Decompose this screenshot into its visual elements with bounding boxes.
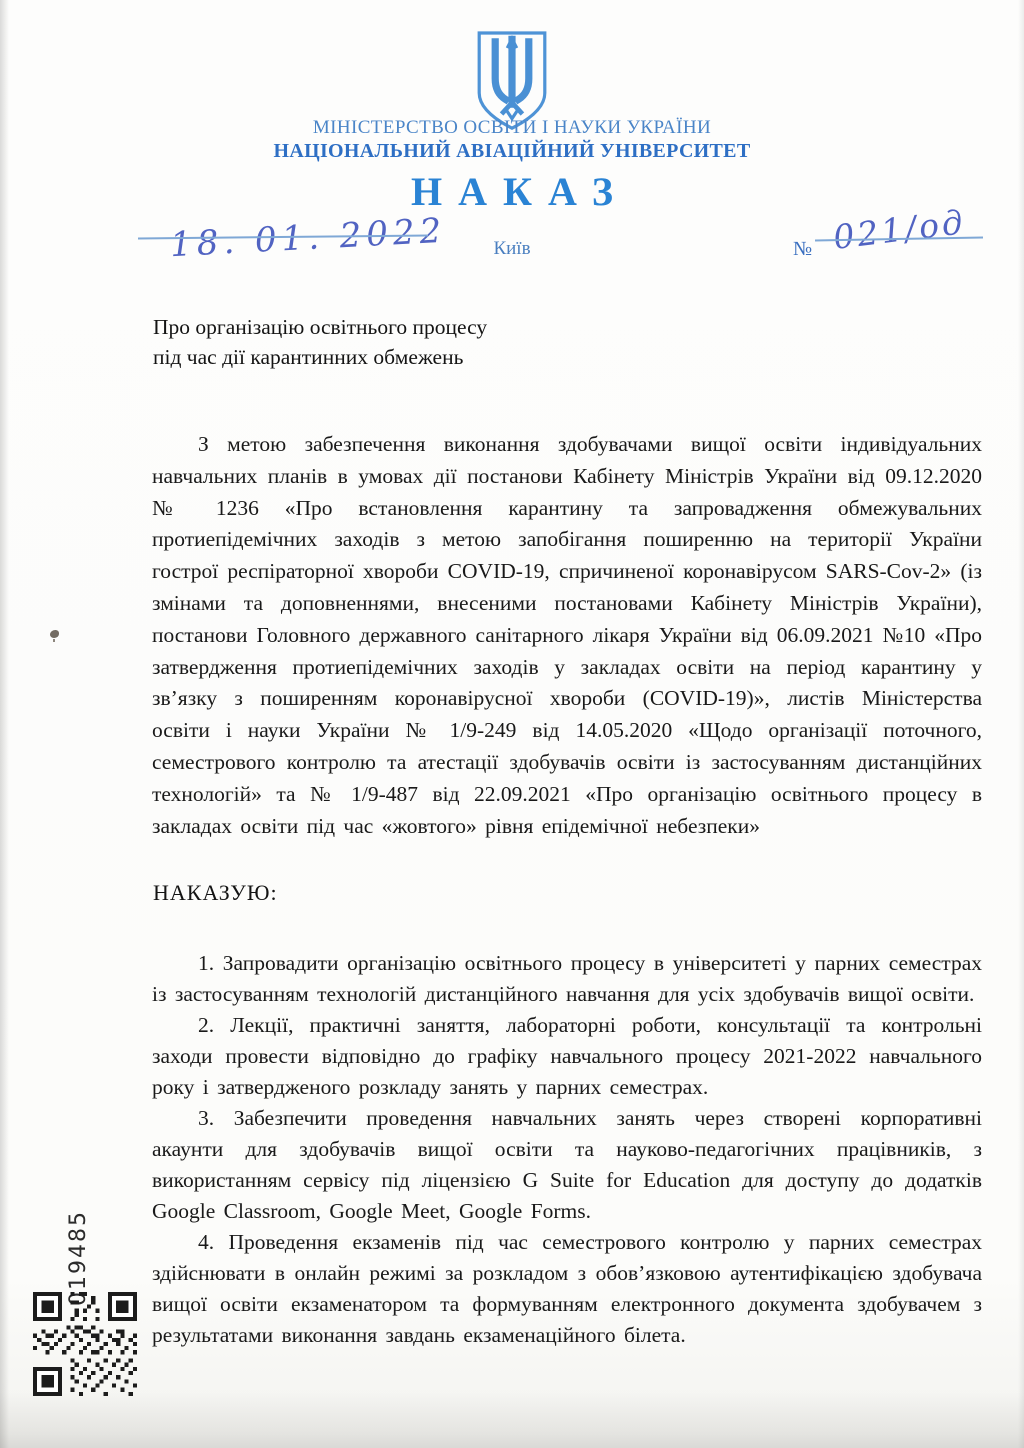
- order-item-2: 2. Лекції, практичні заняття, лабораторн…: [152, 1010, 982, 1103]
- order-item-4: 4. Проведення екзаменів під час семестро…: [152, 1227, 982, 1351]
- order-item-1: 1. Запровадити організацію освітнього пр…: [152, 948, 982, 1010]
- scan-speck: [50, 630, 59, 638]
- university-name: НАЦІОНАЛЬНИЙ АВІАЦІЙНИЙ УНІВЕРСИТЕТ: [0, 140, 1024, 163]
- subject-block: Про організацію освітнього процесу під ч…: [153, 312, 487, 372]
- scan-edge-right: [1018, 0, 1024, 1448]
- scan-edge-bottom: [0, 1392, 1024, 1448]
- order-heading: НАКАЗУЮ:: [153, 880, 278, 906]
- qr-code-icon: [33, 1292, 137, 1396]
- subject-line-2: під час дії карантинних обмежень: [153, 342, 487, 372]
- scanned-order-document: МІНІСТЕРСТВО ОСВІТИ І НАУКИ УКРАЇНИ НАЦІ…: [0, 0, 1024, 1448]
- order-items: 1. Запровадити організацію освітнього пр…: [152, 948, 982, 1351]
- ministry-name: МІНІСТЕРСТВО ОСВІТИ І НАУКИ УКРАЇНИ: [0, 117, 1024, 139]
- registration-number-vertical: 019485: [66, 1196, 91, 1306]
- number-sign-label: №: [793, 238, 812, 261]
- order-item-3: 3. Забезпечити проведення навчальних зан…: [152, 1103, 982, 1227]
- subject-line-1: Про організацію освітнього процесу: [153, 312, 487, 342]
- preamble-block: З метою забезпечення виконання здобувача…: [152, 429, 982, 842]
- preamble-paragraph: З метою забезпечення виконання здобувача…: [152, 429, 982, 842]
- scan-edge-left: [0, 0, 9, 1448]
- document-title: НАКАЗ: [0, 168, 1024, 215]
